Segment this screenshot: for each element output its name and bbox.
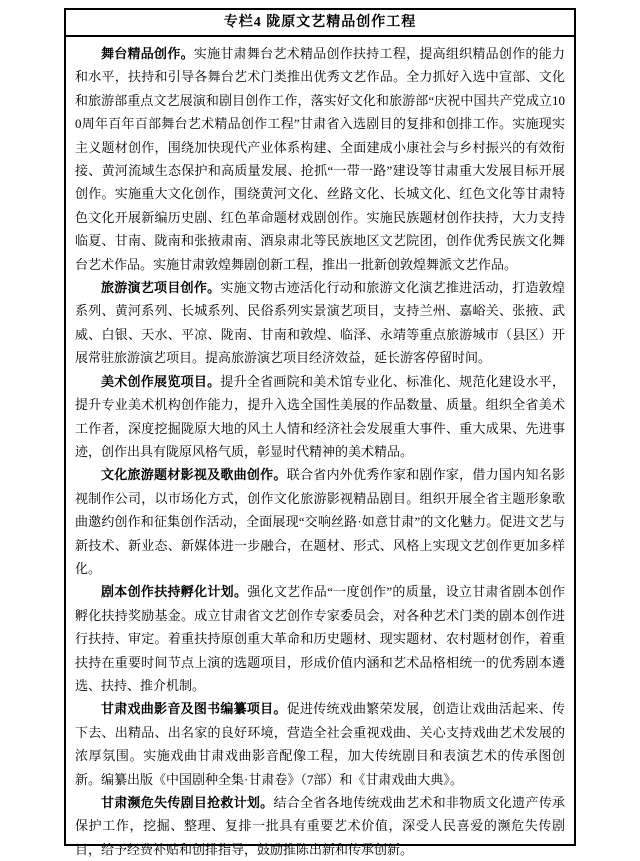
paragraph-heading: 旅游演艺项目创作。 <box>101 280 220 295</box>
panel-title: 专栏4 陇原文艺精品创作工程 <box>66 10 574 37</box>
paragraph-heading: 甘肃濒危失传剧目抢救计划。 <box>101 795 273 810</box>
document-page: 专栏4 陇原文艺精品创作工程 舞台精品创作。实施甘肃舞台艺术精品创作扶持工程，提… <box>0 0 640 854</box>
paragraph-text: 实施甘肃舞台艺术精品创作扶持工程，提高组织精品创作的能力和水平，扶持和引导各舞台… <box>75 46 565 272</box>
paragraph-heading: 剧本创作扶持孵化计划。 <box>101 584 247 599</box>
paragraph-heading: 美术创作展览项目。 <box>101 374 220 389</box>
paragraph-endangered-repertoire: 甘肃濒危失传剧目抢救计划。结合全省各地传统戏曲艺术和非物质文化遗产传承保护工作，… <box>75 791 565 861</box>
paragraph-fine-arts: 美术创作展览项目。提升全省画院和美术馆专业化、标准化、规范化建设水平，提升专业美… <box>75 370 565 464</box>
panel-body: 舞台精品创作。实施甘肃舞台艺术精品创作扶持工程，提高组织精品创作的能力和水平，扶… <box>66 37 574 861</box>
paragraph-opera-av-books: 甘肃戏曲影音及图书编纂项目。促进传统戏曲繁荣发展，创造让戏曲活起来、传下去、出精… <box>75 697 565 791</box>
column-panel: 专栏4 陇原文艺精品创作工程 舞台精品创作。实施甘肃舞台艺术精品创作扶持工程，提… <box>64 8 576 846</box>
paragraph-heading: 舞台精品创作。 <box>101 46 194 61</box>
paragraph-heading: 甘肃戏曲影音及图书编纂项目。 <box>101 701 287 716</box>
paragraph-heading: 文化旅游题材影视及歌曲创作。 <box>101 467 287 482</box>
paragraph-film-song: 文化旅游题材影视及歌曲创作。联合省内外优秀作家和剧作家，借力国内知名影视制作公司… <box>75 463 565 580</box>
paragraph-stage-creation: 舞台精品创作。实施甘肃舞台艺术精品创作扶持工程，提高组织精品创作的能力和水平，扶… <box>75 42 565 276</box>
paragraph-text: 强化文艺作品“一度创作”的质量，设立甘肃省剧本创作孵化扶持奖励基金。成立甘肃省文… <box>75 584 565 693</box>
paragraph-script-incubation: 剧本创作扶持孵化计划。强化文艺作品“一度创作”的质量，设立甘肃省剧本创作孵化扶持… <box>75 580 565 697</box>
paragraph-text: 联合省内外优秀作家和剧作家，借力国内知名影视制作公司，以市场化方式，创作文化旅游… <box>75 467 565 576</box>
paragraph-tourism-performance: 旅游演艺项目创作。实施文物古迹活化行动和旅游文化演艺推进活动，打造敦煌系列、黄河… <box>75 276 565 370</box>
